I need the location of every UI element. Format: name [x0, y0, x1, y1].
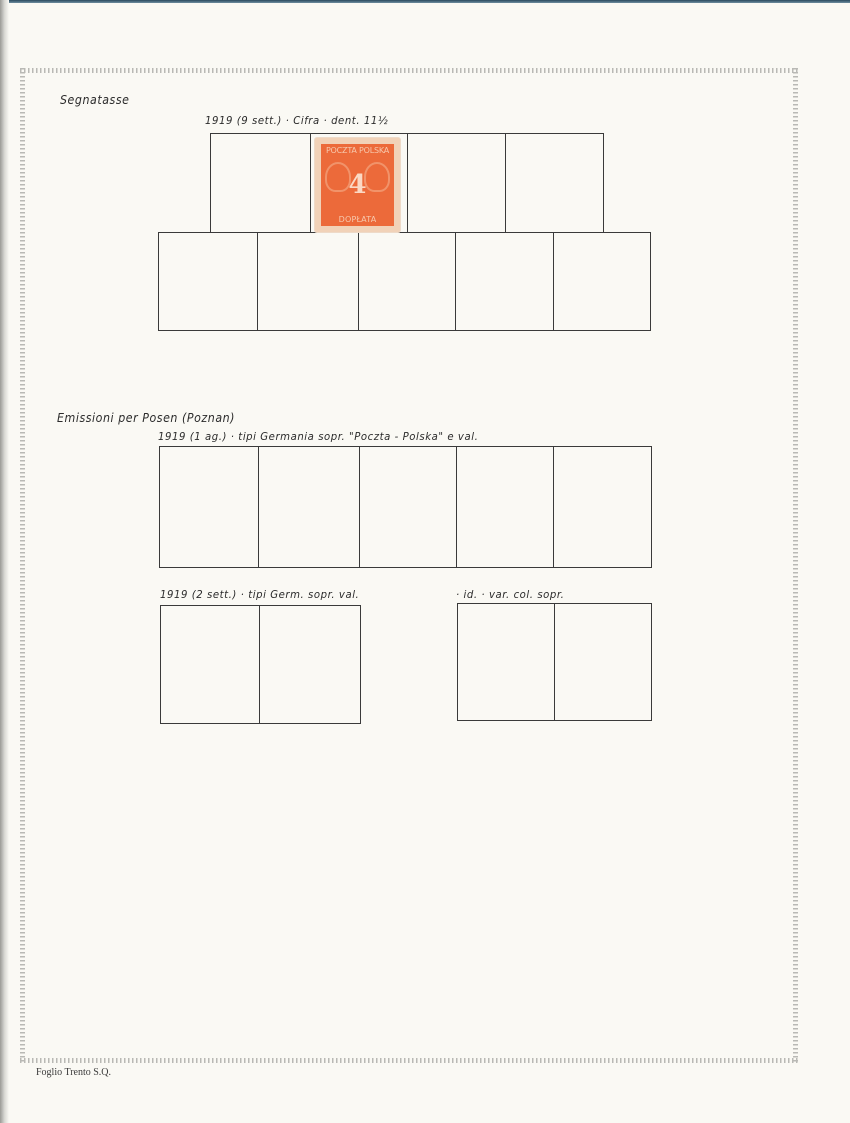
stamp-slot[interactable]	[407, 133, 506, 233]
stamp-slot[interactable]	[159, 446, 259, 568]
stamp-slot[interactable]	[158, 232, 258, 331]
stamp-slot[interactable]	[259, 605, 361, 724]
stamp-slot[interactable]	[455, 232, 554, 331]
stamp-top-text: POCZTA POLSKA	[326, 146, 389, 155]
section-subtitle-1919-cifra: 1919 (9 sett.) · Cifra · dent. 11½	[205, 114, 388, 127]
stamp-face: POCZTA POLSKA 4 DOPŁATA	[321, 144, 394, 226]
frame-top	[20, 68, 798, 73]
stamp-slot[interactable]	[210, 133, 311, 233]
stamp-ornament-left-icon	[325, 162, 351, 192]
frame-right	[793, 68, 798, 1063]
caption-1919-sett: 1919 (2 sett.) · tipi Germ. sopr. val.	[160, 588, 359, 601]
page-footer: Foglio Trento S.Q.	[36, 1067, 111, 1078]
stamp-ornament-right-icon	[364, 162, 390, 192]
stamp-slot[interactable]	[257, 232, 359, 331]
section-subtitle-1919-germania: 1919 (1 ag.) · tipi Germania sopr. "Pocz…	[158, 430, 478, 443]
stamp-slot[interactable]	[456, 446, 554, 568]
stamp-slot[interactable]	[258, 446, 360, 568]
stamp-bottom-text: DOPŁATA	[339, 215, 377, 224]
frame-bottom	[20, 1058, 798, 1063]
stamp-slot[interactable]	[553, 446, 652, 568]
stamp-slot[interactable]	[457, 603, 555, 721]
stamp-slot[interactable]	[554, 603, 652, 721]
scan-left-shadow	[0, 0, 9, 1123]
stamp-slot[interactable]	[505, 133, 604, 233]
scan-top-edge	[0, 0, 850, 3]
stamp-slot[interactable]	[553, 232, 651, 331]
stamp-slot[interactable]	[359, 446, 457, 568]
frame-left	[20, 68, 25, 1063]
section-heading-posen: Emissioni per Posen (Poznan)	[57, 411, 235, 425]
stamp-slot[interactable]	[358, 232, 456, 331]
section-heading-segnatasse: Segnatasse	[60, 93, 129, 107]
postage-due-stamp-4[interactable]: POCZTA POLSKA 4 DOPŁATA	[315, 138, 400, 232]
stamp-slot[interactable]	[160, 605, 260, 724]
caption-var-col: · id. · var. col. sopr.	[456, 588, 564, 601]
